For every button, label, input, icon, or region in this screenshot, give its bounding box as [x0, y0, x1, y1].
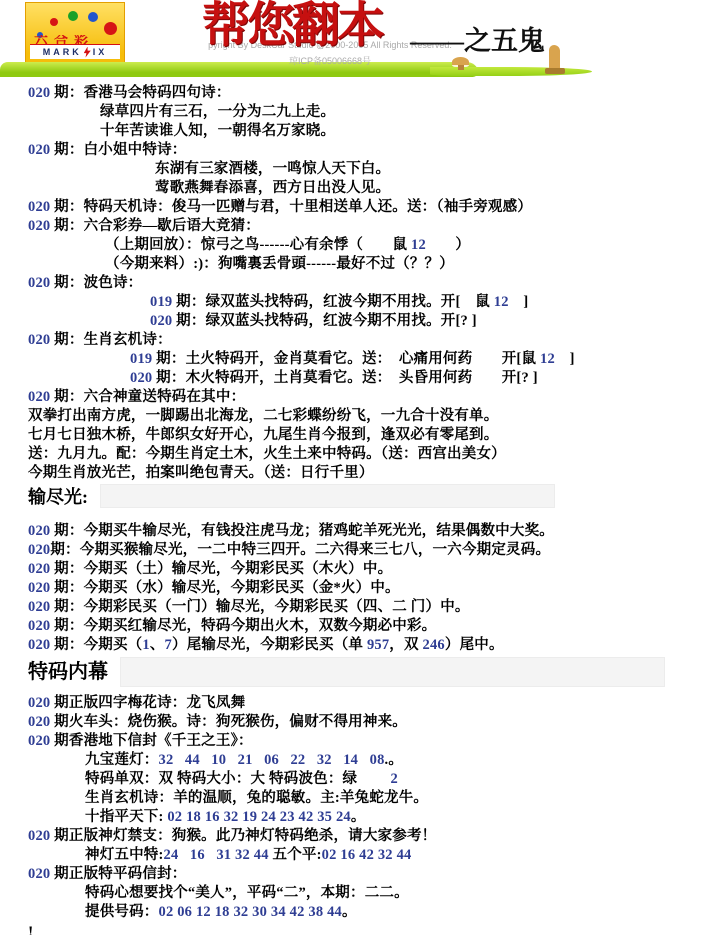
section-neimu-header: 特码内幕	[28, 657, 720, 687]
line-nm-huochetou: 020 期火车头：烧伤猴。诗：狗死猴伤，偏财不得用神来。	[28, 713, 720, 732]
line-sijushi-1: 绿草四片有三石，一分为二九上走。	[100, 103, 720, 122]
logo-text-mark: MARK	[43, 46, 82, 58]
line-xiehouyu-curr: （今期来料）:)：狗嘴裏丢骨頭------最好不过（？？）	[105, 255, 720, 274]
line-baixiaojie-2: 莺歌燕舞春添喜，西方日出没人见。	[155, 179, 720, 198]
line-sijushi-2: 十年苦读谁人知，一朝得名万家晓。	[100, 122, 720, 141]
line-boseshi-019: 019 期：绿双蓝头找特码，红波今期不用找。开[ 鼠 12 ]	[150, 293, 720, 312]
logo-text-ix: IX	[93, 46, 108, 58]
line-baixiaojie-header: 020 期：白小姐中特诗：	[28, 141, 720, 160]
line-sjg-1: 020 期：今期买牛输尽光，有钱投注虎马龙；猪鸡蛇羊死光光，结果偶数中大奖。	[28, 522, 720, 541]
line-sjg-5: 020 期：今期彩民买（一门）输尽光，今期彩民买（四、二 门）中。	[28, 598, 720, 617]
section-title-shujinguang: 输尽光:	[28, 487, 88, 507]
line-nm-shendeng: 020 期正版神灯禁支：狗猴。此乃神灯特码绝杀，请大家参考！	[28, 827, 720, 846]
section-band	[120, 657, 665, 687]
line-nm-danshuang: 特码单双：双 特码大小：大 特码波色：绿 2	[85, 770, 720, 789]
line-shentong-2: 七月七日独木桥，牛郎织女好开心，九尾生肖今报到，逢双必有零尾到。	[28, 426, 720, 445]
line-shentong-header: 020 期：六合神童送特码在其中：	[28, 388, 720, 407]
section-band	[100, 484, 555, 508]
line-nm-haoma: 提供号码：02 06 12 18 32 30 34 42 38 44。	[85, 903, 720, 922]
line-xiehouyu-header: 020 期：六合彩券—歇后语大竞猜：	[28, 217, 720, 236]
page-title: 帮您翻本	[202, 0, 382, 54]
grass-tail-graphic	[430, 67, 592, 76]
line-nm-meihuashi: 020 期正版四字梅花诗：龙飞凤舞	[28, 694, 720, 713]
line-shentong-3: 送：九月九。配：今期生肖定土木，火生土来中特码。（送：西宫出美女）	[28, 445, 720, 464]
line-nm-xinfeng: 020 期香港地下信封《千王之王》：	[28, 732, 720, 751]
line-shengxiao-header: 020 期：生肖玄机诗：	[28, 331, 720, 350]
line-sijushi-header: 020 期：香港马会特码四句诗：	[28, 84, 720, 103]
section-title-neimu: 特码内幕	[28, 661, 108, 683]
line-sjg-4: 020 期：今期买（水）输尽光，今期彩民买（金*火）中。	[28, 579, 720, 598]
line-baixiaojie-1: 东湖有三家酒楼，一鸣惊人天下白。	[155, 160, 720, 179]
logo-dot-red-big-icon	[104, 22, 117, 35]
line-boseshi-020: 020 期：绿双蓝头找特码，红波今期不用找。开[? ]	[150, 312, 720, 331]
line-tianjishi: 020 期：特码天机诗：俊马一匹赠与君，十里相送单人还。送：（袖手旁观感）	[28, 198, 720, 217]
line-nm-xuanjishi: 生肖玄机诗：羊的温顺，兔的聪敏。主:羊兔蛇龙牛。	[85, 789, 720, 808]
page-subtitle: ——之五鬼	[410, 26, 545, 56]
line-xiehouyu-prev: （上期回放）：惊弓之鸟------心有余悸（ 鼠 12 ）	[105, 236, 720, 255]
line-sjg-3: 020 期：今期买（土）输尽光，今期彩民买（木火）中。	[28, 560, 720, 579]
line-nm-tepingma: 020 期正版特平码信封：	[28, 865, 720, 884]
logo-wordmark: MARK IX	[30, 44, 120, 59]
lottery-tips-page: 六合彩 MARK IX pyright By DeskCar Studio @2…	[0, 0, 720, 935]
marksix-logo[interactable]: 六合彩 MARK IX	[25, 2, 125, 63]
line-shengxiao-020: 020 期：木火特码开，土肖莫看它。送： 头昏用何药 开[? ]	[130, 369, 720, 388]
tips-content: 020 期：香港马会特码四句诗： 绿草四片有三石，一分为二九上走。 十年苦读谁人…	[0, 84, 720, 935]
line-sjg-7: 020 期：今期买（1、7）尾输尽光，今期彩民买（单 957，双 246）尾中。	[28, 636, 720, 655]
line-shentong-1: 双拳打出南方虎，一脚踢出北海龙，二七彩蝶纷纷飞，一九合十没有单。	[28, 407, 720, 426]
line-nm-shizhi: 十指平天下: 02 18 16 32 19 24 23 42 35 24。	[85, 808, 720, 827]
line-boseshi-header: 020 期：波色诗：	[28, 274, 720, 293]
line-nm-jiubao: 九宝莲灯：32 44 10 21 06 22 32 14 08.。	[85, 751, 720, 770]
lightning-icon	[84, 47, 91, 58]
line-sjg-6: 020 期：今期买红输尽光，特码今期出火木，双数今期必中彩。	[28, 617, 720, 636]
logo-dot-red-icon	[50, 18, 58, 26]
line-nm-meiren: 特码心想要找个“美人”，平码“二”，本期：二二。	[85, 884, 720, 903]
section-shujinguang-header: 输尽光:	[28, 486, 720, 508]
line-shengxiao-019: 019 期：土火特码开，金肖莫看它。送： 心痛用何药 开[鼠 12 ]	[130, 350, 720, 369]
logo-dot-blue2-icon	[88, 12, 98, 22]
page-header: 六合彩 MARK IX pyright By DeskCar Studio @2…	[0, 0, 720, 84]
line-nm-wuzhongte: 神灯五中特:24 16 31 32 44 五个平:02 16 42 32 44	[85, 846, 720, 865]
rabbit-shadow-icon	[545, 68, 565, 74]
line-sjg-2: 020期：今期买猴输尽光，一二中特三四开。二六得来三七八，一六今期定灵码。	[28, 541, 720, 560]
line-shentong-4: 今期生肖放光芒，拍案叫绝包青天。（送：日行千里）	[28, 464, 720, 483]
logo-dot-green-icon	[68, 11, 78, 21]
footer-exclamation: !	[28, 923, 720, 935]
